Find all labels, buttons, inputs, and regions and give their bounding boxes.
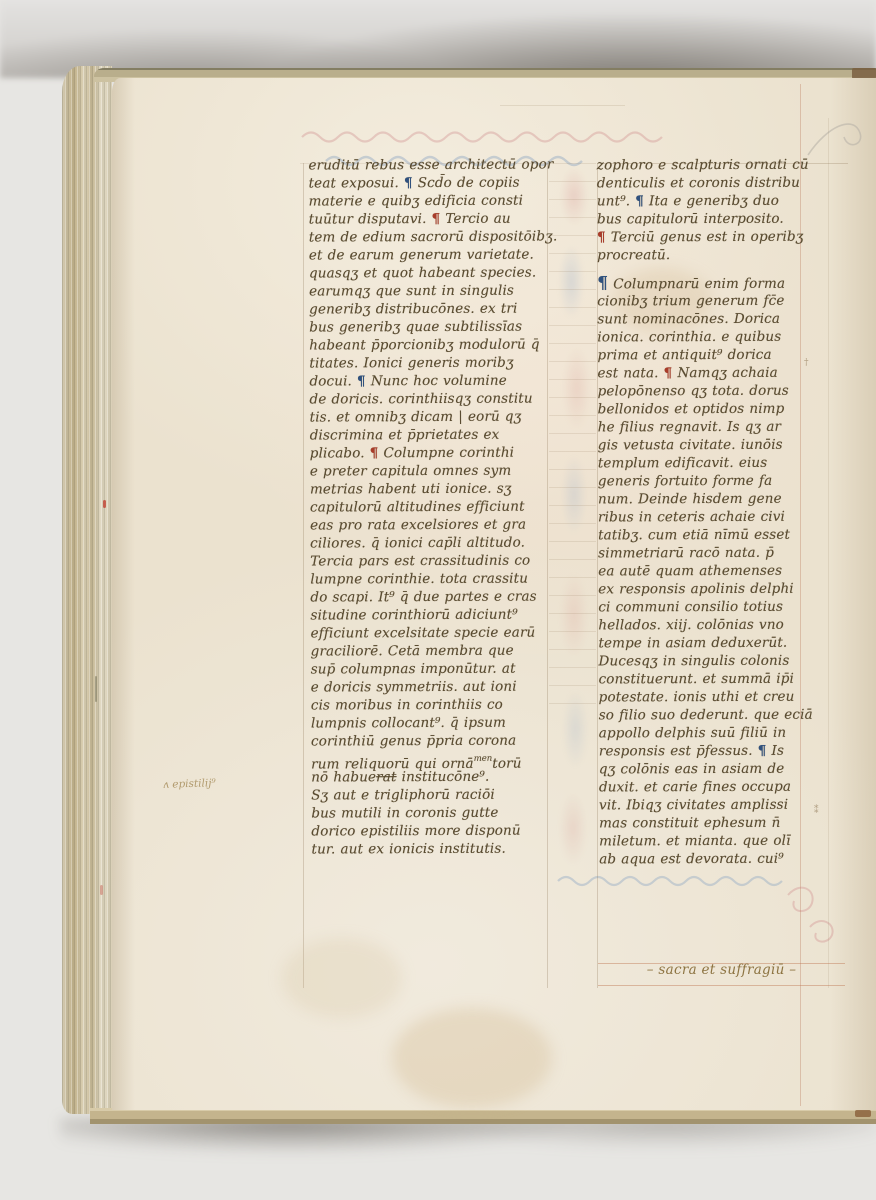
- text-line: plicabo. ¶ Columpne corinthi: [310, 443, 556, 462]
- text-line: dorico epistiliis more disponū: [311, 821, 557, 840]
- text-segment: qʒ colōnis eas in asiam de: [599, 761, 785, 778]
- text-line: teat exposui. ¶ Scd̄o de copiis: [309, 173, 555, 192]
- text-line: de doricis. corinthiisqʒ constitu: [309, 389, 555, 408]
- text-line: qʒ colōnis eas in asiam de: [599, 760, 841, 779]
- text-segment: lumpnis collocant⁹. q̄ ipsum: [311, 715, 506, 732]
- text-segment: Columpne corinthi: [378, 445, 514, 462]
- photo-bottom-shadow: [60, 1118, 876, 1200]
- text-line: miletum. et mianta. que olī: [599, 832, 841, 851]
- text-line: quasqʒ et quot habeant species.: [309, 263, 555, 282]
- text-segment: de doricis. corinthiisqʒ constitu: [309, 391, 532, 408]
- text-segment: corinthiū genus p̄pria corona: [311, 733, 516, 750]
- text-segment: vit. Ibiqʒ civitates amplissi: [599, 797, 788, 814]
- text-segment: Terciū genus est in operibʒ: [606, 229, 804, 246]
- text-line: bus mutili in coronis gutte: [311, 803, 557, 822]
- text-segment: num. Deinde hisdem gene: [598, 491, 782, 508]
- text-segment: mas constituit ephesum n̄: [599, 815, 780, 832]
- text-line: zophoro e scalpturis ornati cū: [597, 156, 839, 175]
- text-line: ci communi consilio totius: [598, 598, 840, 617]
- text-line: cionibʒ trium generum fc̄e: [597, 292, 839, 311]
- text-line: bus capitulorū interposito.: [597, 210, 839, 229]
- text-line: ¶ Terciū genus est in operibʒ: [597, 228, 839, 247]
- paraph-mark: ¶: [370, 445, 379, 461]
- text-line: materie e quibʒ edificia consti: [309, 191, 555, 210]
- bottom-edge-notch: [855, 1110, 871, 1117]
- text-segment: institucōne⁹.: [397, 769, 490, 785]
- text-segment: zophoro e scalpturis ornati cū: [597, 157, 809, 174]
- text-segment: procreatū.: [597, 247, 670, 263]
- text-segment: potestate. ionis uthi et creu: [599, 689, 795, 706]
- text-segment: metrias habent uti ionice. sʒ: [310, 481, 512, 498]
- text-segment: cionibʒ trium generum fc̄e: [597, 293, 784, 310]
- text-line: tem de edium sacrorū dispositōibʒ.: [309, 227, 555, 246]
- paraph-mark: ¶: [432, 211, 441, 227]
- text-segment: appollo delphis suū filiū in: [599, 725, 787, 742]
- text-segment: ci communi consilio totius: [598, 599, 783, 616]
- text-line: duxit. et carie fines occupa: [599, 778, 841, 797]
- text-line: tempe in asiam deduxerūt.: [598, 634, 840, 653]
- text-segment: generibʒ distribucōnes. ex tri: [309, 301, 517, 318]
- text-segment: earumqʒ que sunt in singulis: [309, 283, 514, 300]
- text-segment: torū: [492, 756, 521, 772]
- text-segment: quasqʒ et quot habeant species.: [309, 265, 536, 282]
- text-line: sunt nominacōnes. Dorica: [597, 310, 839, 329]
- text-segment: et de earum generum varietate.: [309, 247, 534, 264]
- text-segment: Columpnarū enim forma: [608, 276, 785, 293]
- text-segment: so filio suo dederunt. que eciā: [599, 707, 813, 724]
- text-segment: nō habue: [311, 769, 376, 785]
- text-line: lumpne corinthie. tota crassitu: [310, 569, 556, 588]
- text-segment: situdine corinthiorū adiciunt⁹: [310, 607, 517, 624]
- catchword: – sacra et suffragiū –: [598, 962, 845, 978]
- text-segment: dorico epistiliis more disponū: [311, 823, 520, 840]
- margin-mark-dagger-lower: ⁑: [814, 806, 819, 816]
- text-segment: duxit. et carie fines occupa: [599, 779, 791, 796]
- text-line: bellonidos et optidos nimp: [598, 400, 840, 419]
- text-line: ab aqua est devorata. cui⁹: [599, 850, 841, 869]
- text-segment: responsis est p̄fessus.: [599, 743, 758, 760]
- text-line: ea autē quam athemenses: [598, 562, 840, 581]
- text-line: so filio suo dederunt. que eciā: [599, 706, 841, 725]
- text-segment: simmetriarū racō nata. p̄: [598, 545, 774, 562]
- text-column-left: eruditū rebus esse architectū oporteat e…: [308, 155, 557, 858]
- text-line: docui. ¶ Nunc hoc volumine: [309, 371, 555, 390]
- showthrough-swirl-right: [802, 103, 876, 163]
- text-line: num. Deinde hisdem gene: [598, 490, 840, 509]
- text-segment: hellados. xiij. colōnias vno: [598, 617, 784, 634]
- ruling-horizontal-gutter-top: [500, 105, 625, 106]
- text-segment: pelopōnenso qʒ tota. dorus: [598, 383, 789, 400]
- margin-note: ʌ epistilij⁹: [163, 777, 216, 791]
- text-segment: Is: [766, 743, 784, 759]
- text-line: generibʒ distribucōnes. ex tri: [309, 299, 555, 318]
- fore-edge-dark-streak: [95, 676, 97, 702]
- text-line: efficiunt excelsitate specie earū: [311, 623, 557, 642]
- text-line: cis moribus in corinthiis co: [311, 695, 557, 714]
- text-line: earumqʒ que sunt in singulis: [309, 281, 555, 300]
- text-line: graciliorē. Cetā membra que: [311, 641, 557, 660]
- text-segment: ribus in ceteris achaie civi: [598, 509, 785, 526]
- text-line: e preter capitula omnes sym: [310, 461, 556, 480]
- text-line: hellados. xiij. colōnias vno: [598, 616, 840, 635]
- text-segment: Ducesqʒ in singulis colonis: [598, 653, 789, 670]
- text-segment: rat: [376, 769, 396, 785]
- text-segment: discrimina et p̄prietates ex: [310, 427, 500, 444]
- text-line: eas pro rata excelsiores et gra: [310, 515, 556, 534]
- text-line: do scapi. It⁹ q̄ due partes e cras: [310, 587, 556, 606]
- text-line: ciliores. q̄ ionici cap̄li altitudo.: [310, 533, 556, 552]
- paraph-mark: ¶: [635, 193, 644, 209]
- book-bottom-edge: [90, 1108, 876, 1124]
- text-segment: miletum. et mianta. que olī: [599, 833, 790, 850]
- text-line: situdine corinthiorū adiciunt⁹: [310, 605, 556, 624]
- text-segment: ab aqua est devorata. cui⁹: [599, 851, 784, 868]
- text-line: eruditū rebus esse architectū opor: [308, 155, 554, 174]
- text-segment: do scapi. It⁹ q̄ due partes e cras: [310, 589, 536, 606]
- text-segment: prima et antiquit⁹ dorica: [597, 347, 771, 364]
- text-line: habeant p̄porcionibʒ modulorū q̄: [309, 335, 555, 354]
- text-line: responsis est p̄fessus. ¶ Is: [599, 742, 841, 761]
- text-line: ionica. corinthia. e quibus: [597, 328, 839, 347]
- text-line: gis vetusta civitate. iunōis: [598, 436, 840, 455]
- page-edges-fore-edge: [62, 66, 112, 1114]
- text-line: simmetriarū racō nata. p̄: [598, 544, 840, 563]
- text-segment: bus generibʒ quae subtilissīas: [309, 319, 522, 336]
- text-line: Tercia pars est crassitudinis co: [310, 551, 556, 570]
- text-line: procreatū.: [597, 246, 839, 265]
- paraph-mark: ¶: [404, 175, 413, 191]
- text-line: he filius regnavit. Is qʒ ar: [598, 418, 840, 437]
- text-segment: ionica. corinthia. e quibus: [597, 329, 781, 346]
- text-segment: Tercia pars est crassitudinis co: [310, 553, 530, 570]
- text-segment: gis vetusta civitate. iunōis: [598, 437, 783, 454]
- stain-bottom-center: [392, 1008, 552, 1108]
- text-segment: docui.: [309, 373, 357, 389]
- text-line: lumpnis collocant⁹. q̄ ipsum: [311, 713, 557, 732]
- text-line: corinthiū genus p̄pria corona: [311, 731, 557, 750]
- text-line: pelopōnenso qʒ tota. dorus: [598, 382, 840, 401]
- text-line: constituerunt. et summā ip̄i: [599, 670, 841, 689]
- text-segment: titates. Ionici generis moribʒ: [309, 355, 513, 372]
- text-segment: materie e quibʒ edificia consti: [309, 193, 523, 210]
- text-line: capitulorū altitudines efficiunt: [310, 497, 556, 516]
- text-line: appollo delphis suū filiū in: [599, 724, 841, 743]
- text-segment: e preter capitula omnes sym: [310, 463, 512, 480]
- text-line: et de earum generum varietate.: [309, 245, 555, 264]
- text-line: ex responsis apolinis delphi: [598, 580, 840, 599]
- text-segment: unt⁹.: [597, 193, 635, 209]
- paraph-mark: ¶: [758, 743, 767, 759]
- text-segment: Namqʒ achaia: [672, 365, 777, 381]
- text-segment: tempe in asiam deduxerūt.: [598, 635, 787, 652]
- text-line: denticulis et coronis distribu: [597, 174, 839, 193]
- text-segment: generis fortuito forme fa: [598, 473, 772, 490]
- text-segment: tur. aut ex ionicis institutis.: [311, 841, 505, 858]
- text-segment: est nata.: [597, 365, 663, 381]
- text-line: ribus in ceteris achaie civi: [598, 508, 840, 527]
- text-line: templum edificavit. eius: [598, 454, 840, 473]
- text-segment: denticulis et coronis distribu: [597, 175, 800, 192]
- text-segment: tis. et omnibʒ dicam | eorū qʒ: [310, 409, 522, 426]
- text-segment: habeant p̄porcionibʒ modulorū q̄: [309, 337, 539, 354]
- text-segment: bus capitulorū interposito.: [597, 211, 784, 228]
- text-segment: constituerunt. et summā ip̄i: [599, 671, 794, 688]
- text-segment: men: [474, 754, 493, 764]
- text-segment: bellonidos et optidos nimp: [598, 401, 785, 418]
- text-line: unt⁹. ¶ Ita e generibʒ duo: [597, 192, 839, 211]
- text-line: titates. Ionici generis moribʒ: [309, 353, 555, 372]
- text-segment: e doricis symmetriis. aut ioni: [311, 679, 517, 696]
- text-segment: eruditū rebus esse architectū opor: [308, 156, 553, 173]
- text-segment: Sʒ aut e trigliphorū raciōi: [311, 787, 495, 804]
- text-line: rum reliquorū qui ornāmentorū: [311, 749, 557, 768]
- text-segment: Nunc hoc volumine: [366, 373, 507, 390]
- text-segment: tatibʒ. cum etiā nīmū esset: [598, 527, 790, 544]
- text-segment: graciliorē. Cetā membra que: [311, 643, 514, 660]
- text-column-right: zophoro e scalpturis ornati cūdenticulis…: [597, 156, 841, 869]
- text-segment: efficiunt excelsitate specie earū: [311, 625, 536, 642]
- text-line: tatibʒ. cum etiā nīmū esset: [598, 526, 840, 545]
- text-segment: bus mutili in coronis gutte: [311, 805, 498, 822]
- text-line: mas constituit ephesum n̄: [599, 814, 841, 833]
- text-line: metrias habent uti ionice. sʒ: [310, 479, 556, 498]
- text-segment: Ita e generibʒ duo: [644, 193, 779, 209]
- text-segment: Tercio au: [440, 211, 511, 227]
- paraph-mark: ¶: [597, 229, 606, 245]
- text-line: bus generibʒ quae subtilissīas: [309, 317, 555, 336]
- text-segment: tuūtur disputavi.: [309, 211, 432, 228]
- manuscript-page: eruditū rebus esse architectū oporteat e…: [112, 78, 876, 1110]
- text-segment: ciliores. q̄ ionici cap̄li altitudo.: [310, 535, 525, 552]
- text-segment: Scd̄o de copiis: [413, 175, 520, 191]
- text-segment: templum edificavit. eius: [598, 455, 768, 472]
- text-line: tis. et omnibʒ dicam | eorū qʒ: [310, 407, 556, 426]
- text-line: Sʒ aut e trigliphorū raciōi: [311, 785, 557, 804]
- text-line: tur. aut ex ionicis institutis.: [311, 839, 557, 858]
- text-segment: ex responsis apolinis delphi: [598, 581, 794, 598]
- paraph-mark: ¶: [664, 365, 673, 381]
- text-segment: sup̄ columpnas imponūtur. at: [311, 661, 516, 678]
- book: eruditū rebus esse architectū oporteat e…: [62, 56, 876, 1124]
- text-segment: lumpne corinthie. tota crassitu: [310, 571, 528, 588]
- text-segment: tem de edium sacrorū dispositōibʒ.: [309, 228, 558, 245]
- text-line: sup̄ columpnas imponūtur. at: [311, 659, 557, 678]
- fore-edge-pink-fleck: [100, 885, 103, 895]
- text-line: vit. Ibiqʒ civitates amplissi: [599, 796, 841, 815]
- text-segment: sunt nominacōnes. Dorica: [597, 311, 780, 328]
- fore-edge-red-fleck: [103, 500, 106, 508]
- text-line: tuūtur disputavi. ¶ Tercio au: [309, 209, 555, 228]
- text-segment: plicabo.: [310, 445, 370, 461]
- ruling-vertical-left-column-left: [303, 163, 304, 988]
- margin-mark-dagger-upper: †: [804, 358, 809, 368]
- text-line: generis fortuito forme fa: [598, 472, 840, 491]
- catchword-rule-bottom: [598, 985, 845, 986]
- text-segment: cis moribus in corinthiis co: [311, 697, 503, 714]
- text-line: e doricis symmetriis. aut ioni: [311, 677, 557, 696]
- text-segment: eas pro rata excelsiores et gra: [310, 517, 526, 534]
- stain-lower-left: [282, 938, 402, 1018]
- text-line: ¶ Columpnarū enim forma: [597, 274, 839, 293]
- text-line: Ducesqʒ in singulis colonis: [598, 652, 840, 671]
- text-segment: ea autē quam athemenses: [598, 563, 782, 580]
- text-line: potestate. ionis uthi et creu: [599, 688, 841, 707]
- text-segment: he filius regnavit. Is qʒ ar: [598, 419, 781, 436]
- text-line: discrimina et p̄prietates ex: [310, 425, 556, 444]
- text-segment: teat exposui.: [309, 175, 404, 191]
- text-segment: capitulorū altitudines efficiunt: [310, 499, 525, 516]
- paraph-mark: ¶: [597, 273, 608, 293]
